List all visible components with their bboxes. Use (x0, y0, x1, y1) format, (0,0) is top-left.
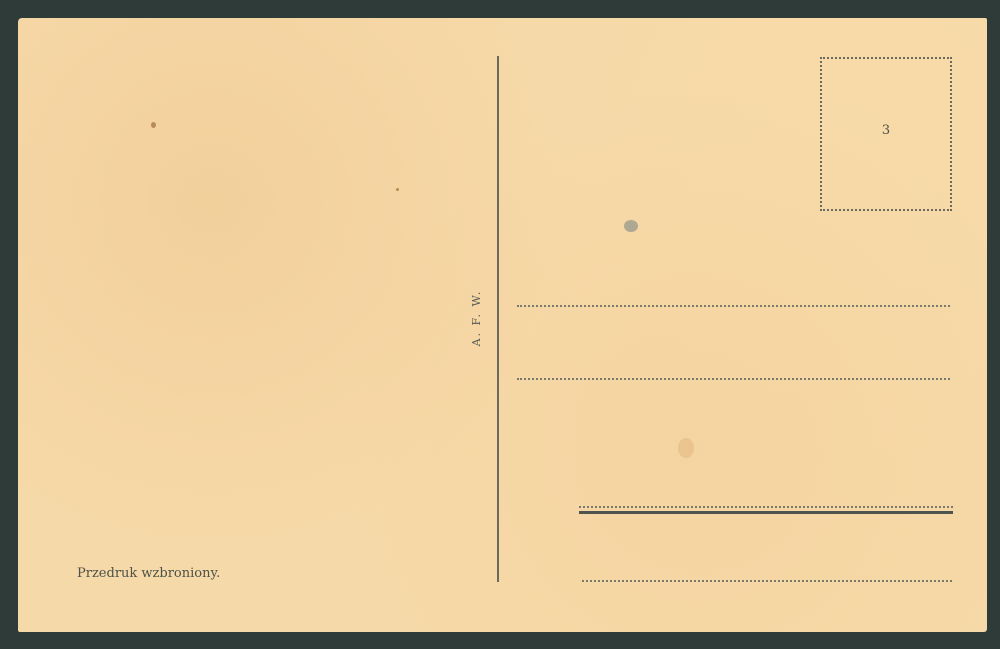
address-line-1 (517, 305, 950, 307)
address-line-4 (582, 580, 952, 582)
reprint-prohibited-note: Przedruk wzbroniony. (77, 566, 220, 581)
stamp-box: 3 (820, 57, 952, 211)
address-line-2 (517, 378, 950, 380)
paper-speck (151, 122, 156, 128)
paper-speck (396, 188, 399, 191)
address-line-3-underline (579, 511, 953, 514)
center-divider-line (497, 56, 499, 582)
publisher-mark: A. F. W. (470, 278, 490, 358)
paper-speck (624, 220, 638, 232)
postcard: A. F. W. 3 Przedruk wzbroniony. (18, 18, 987, 632)
stamp-box-number: 3 (822, 123, 950, 138)
paper-speck (678, 438, 694, 458)
address-line-3 (579, 506, 953, 508)
